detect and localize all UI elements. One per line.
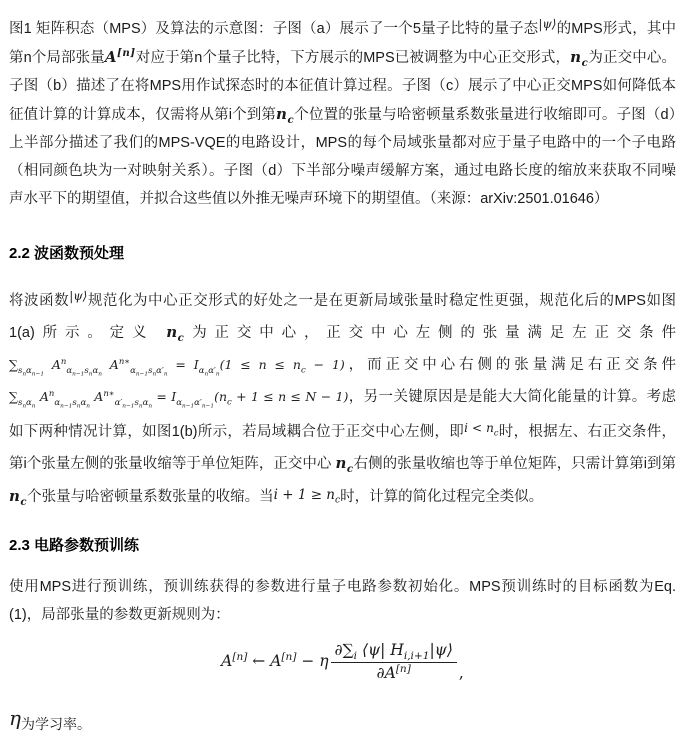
spacer xyxy=(9,555,676,573)
spacer xyxy=(9,213,676,245)
update-rule-equation: A[n] ← A[n] − η ∂∑i ⟨ψ| Hi,i+1|ψ⟩ ∂A[n] … xyxy=(9,643,676,681)
math-run: A[n] xyxy=(105,48,136,66)
figure-caption: 图1 矩阵积态（MPS）及算法的示意图：子图（a）展示了一个5量子比特的量子态|… xyxy=(9,10,676,213)
section-2-3-paragraph: 使用MPS进行预训练，预训练获得的参数进行量子电路参数初始化。MPS预训练时的目… xyxy=(9,573,676,629)
eta-note-text: 为学习率。 xyxy=(21,716,91,732)
text-run: 个张量与哈密顿量系数张量的收缩。当 xyxy=(27,489,274,505)
equation-lhs: A[n] ← A[n] − η xyxy=(221,654,328,670)
section-heading-2-2: 2.2 波函数预处理 xyxy=(9,245,676,263)
text-run: 为正交中心，正交中心左侧的张量满足左正交条件 xyxy=(184,325,676,341)
equation-denominator: ∂A[n] xyxy=(377,663,411,682)
text-run: 右侧的张量收缩也等于单位矩阵，只需计算第i到第 xyxy=(354,456,676,472)
text-run: 时，计算的简化过程完全类似。 xyxy=(340,489,543,505)
math-run: ∑snαn−1 Anαn−1snαn An∗αn−1snα′n = Iαnα′n… xyxy=(9,357,345,372)
text-run: 对应于第n个量子比特，下方展示的MPS已被调整为中心正交形式， xyxy=(136,50,571,66)
math-run: |ψ⟩ xyxy=(538,17,556,31)
math-run: nc xyxy=(276,105,294,123)
equation-numerator: ∂∑i ⟨ψ| Hi,i+1|ψ⟩ xyxy=(331,643,457,663)
text-run: 将波函数 xyxy=(9,293,69,309)
math-run: i + 1 ≥ nc xyxy=(274,487,341,503)
learning-rate-note: η为学习率。 xyxy=(9,707,676,735)
spacer xyxy=(9,513,676,537)
math-run: nc xyxy=(335,454,353,472)
equation-fraction: ∂∑i ⟨ψ| Hi,i+1|ψ⟩ ∂A[n] xyxy=(331,643,457,681)
equation-inner: A[n] ← A[n] − η ∂∑i ⟨ψ| Hi,i+1|ψ⟩ ∂A[n] … xyxy=(221,643,464,681)
equation-tail-comma: , xyxy=(459,666,464,682)
text-run: 使用MPS进行预训练，预训练获得的参数进行量子电路参数初始化。MPS预训练时的目… xyxy=(9,579,676,623)
math-run: i < nc xyxy=(464,421,498,435)
math-run: ∑snαn Anαn−1snαn An∗α′n−1snαn = Iαn−1α′n… xyxy=(9,389,348,404)
text-run: ，而正交中心右侧的张量满足右正交条件 xyxy=(345,357,676,373)
math-run: nc xyxy=(570,48,588,66)
spacer xyxy=(9,263,676,281)
text-run: 图1 矩阵积态（MPS）及算法的示意图：子图（a）展示了一个5量子比特的量子态 xyxy=(9,21,538,37)
document-page: { "page": { "background": "#ffffff", "te… xyxy=(0,0,685,751)
math-run: |ψ⟩ xyxy=(69,289,87,303)
math-run: nc xyxy=(166,323,184,341)
section-heading-2-3: 2.3 电路参数预训练 xyxy=(9,537,676,555)
eta-symbol: η xyxy=(9,706,21,730)
section-2-2-paragraph: 将波函数|ψ⟩规范化为中心正交形式的好处之一是在更新局域张量时稳定性更强，规范化… xyxy=(9,281,676,513)
math-run: nc xyxy=(9,487,27,505)
